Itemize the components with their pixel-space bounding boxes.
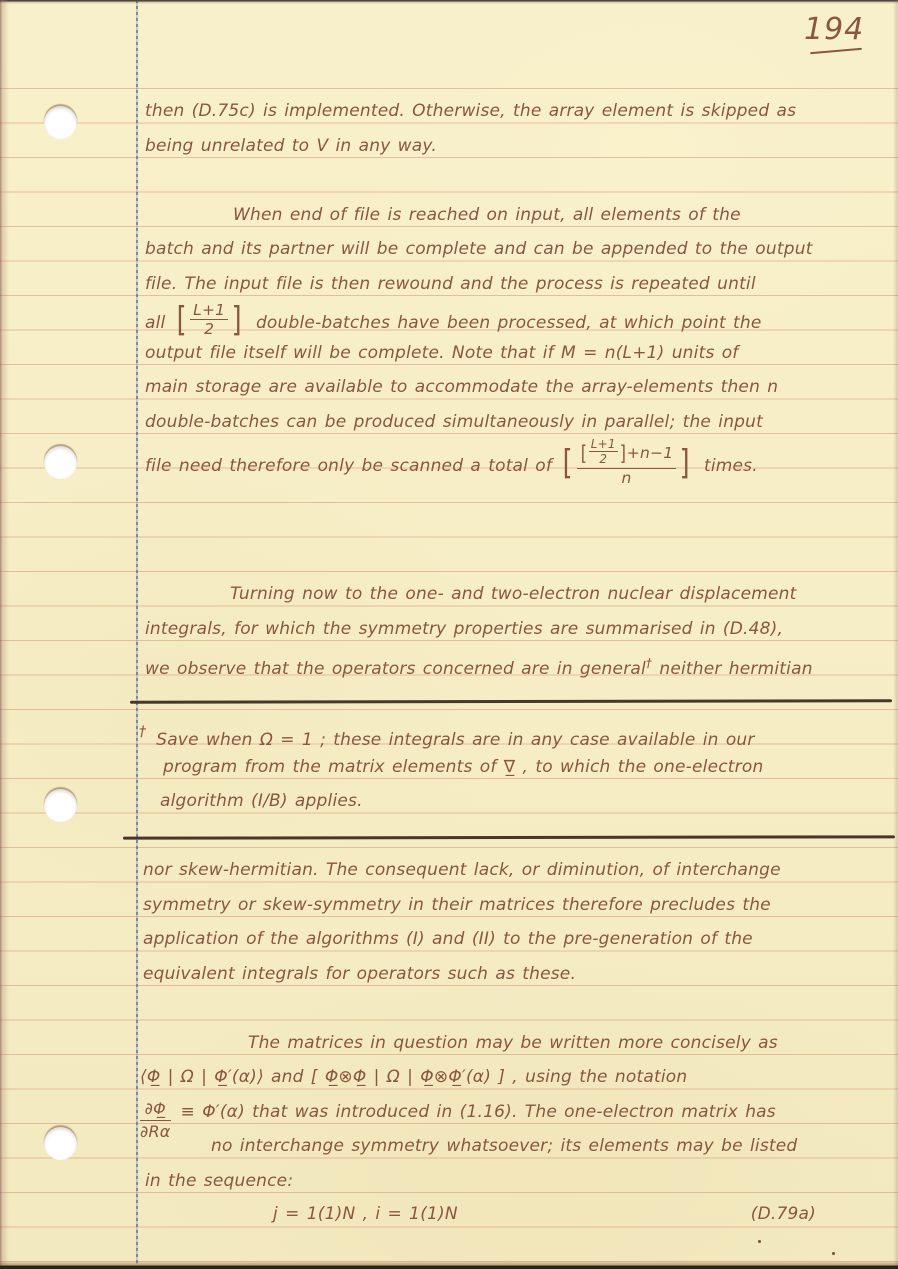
punch-hole xyxy=(44,1127,77,1160)
handwritten-line: double-batches can be produced simultane… xyxy=(145,409,874,435)
line-text: times. xyxy=(704,456,758,476)
handwritten-line-with-dagger: we observe that the operators concerned … xyxy=(145,650,874,682)
scan-edge-right xyxy=(893,0,898,1269)
line-text: ≡ Φ′(α) that was introduced in (1.16). T… xyxy=(181,1102,776,1122)
handwritten-line: being unrelated to V in any way. xyxy=(145,133,874,159)
handwritten-line-braket: ⟨Φ̲ | Ω | Φ̲′(α)⟩ and [ Φ̲⊗Φ̲ | Ω | Φ̲⊗Φ… xyxy=(140,1064,874,1090)
footnote-text: Save when Ω = 1 ; these integrals are in… xyxy=(156,730,754,750)
handwritten-line: Turning now to the one- and two-electron… xyxy=(145,581,874,607)
equation-body: j = 1(1)N , i = 1(1)N xyxy=(273,1204,458,1224)
handwritten-line: batch and its partner will be complete a… xyxy=(145,236,874,262)
handwritten-line: then (D.75c) is implemented. Otherwise, … xyxy=(145,98,874,124)
fraction-numerator: ∂Φ̲ xyxy=(140,1099,171,1121)
handwritten-line: The matrices in question may be written … xyxy=(145,1030,874,1056)
line-text: file need therefore only be scanned a to… xyxy=(145,456,552,476)
handwritten-line: in the sequence: xyxy=(145,1168,874,1194)
handwritten-line: main storage are available to accommodat… xyxy=(145,374,874,400)
fraction: [L+12]+n−1n xyxy=(577,440,676,486)
numerator-rest: +n−1 xyxy=(627,444,673,462)
footnote-dagger: † xyxy=(139,724,146,740)
line-text: we observe that the operators concerned … xyxy=(145,659,646,679)
handwritten-line-with-fraction: file need therefore only be scanned a to… xyxy=(145,443,874,489)
scanned-notebook-page: 194 then (D.75c) is implemented. Otherwi… xyxy=(0,0,898,1269)
fraction-denominator: 2 xyxy=(190,320,228,337)
fraction-numerator: L+1 xyxy=(190,302,228,320)
page-number-underline xyxy=(810,48,862,55)
scan-edge-left xyxy=(0,0,9,1269)
scan-edge-bottom xyxy=(0,1261,898,1269)
footnote-separator-top xyxy=(130,699,892,703)
footnote-separator-bottom xyxy=(123,835,895,839)
handwritten-line: symmetry or skew-symmetry in their matri… xyxy=(143,892,874,918)
scan-edge-top xyxy=(0,0,898,4)
footnote-line: program from the matrix elements of ∇̲ ,… xyxy=(163,754,874,780)
dagger-superscript: † xyxy=(646,656,652,670)
line-text: all xyxy=(145,313,165,333)
handwritten-line: application of the algorithms (I) and (I… xyxy=(143,926,874,952)
equation-label: (D.79a) xyxy=(751,1201,816,1227)
handwritten-line: When end of file is reached on input, al… xyxy=(145,202,874,228)
inner-fraction: L+12 xyxy=(589,438,618,465)
line-text: double-batches have been processed, at w… xyxy=(256,313,762,333)
handwritten-line: output file itself will be complete. Not… xyxy=(145,340,874,366)
line-text: neither hermitian xyxy=(659,659,812,679)
punch-hole xyxy=(44,106,77,139)
handwritten-line: integrals, for which the symmetry proper… xyxy=(145,616,874,642)
inner-fraction-numerator: L+1 xyxy=(589,438,618,452)
punch-hole xyxy=(44,789,77,822)
footnote-line: †Save when Ω = 1 ; these integrals are i… xyxy=(139,719,874,753)
handwritten-line: nor skew-hermitian. The consequent lack,… xyxy=(143,857,874,883)
handwritten-line-with-fraction: all [L+12] double-batches have been proc… xyxy=(145,305,874,341)
ink-speck xyxy=(832,1252,835,1255)
handwritten-line: no interchange symmetry whatsoever; its … xyxy=(145,1133,874,1159)
fraction-numerator: [L+12]+n−1 xyxy=(577,440,676,469)
margin-line xyxy=(136,0,138,1264)
punch-hole xyxy=(44,446,77,479)
handwritten-line: file. The input file is then rewound and… xyxy=(145,271,874,297)
footnote-line: algorithm (I/B) applies. xyxy=(160,788,874,814)
ink-speck xyxy=(758,1240,761,1243)
handwritten-line: equivalent integrals for operators such … xyxy=(143,961,874,987)
page-number: 194 xyxy=(804,12,864,47)
equation-line: j = 1(1)N , i = 1(1)N (D.79a) xyxy=(145,1201,874,1227)
fraction-denominator: n xyxy=(577,469,676,486)
inner-fraction-denominator: 2 xyxy=(589,452,618,465)
fraction: L+12 xyxy=(190,302,228,338)
